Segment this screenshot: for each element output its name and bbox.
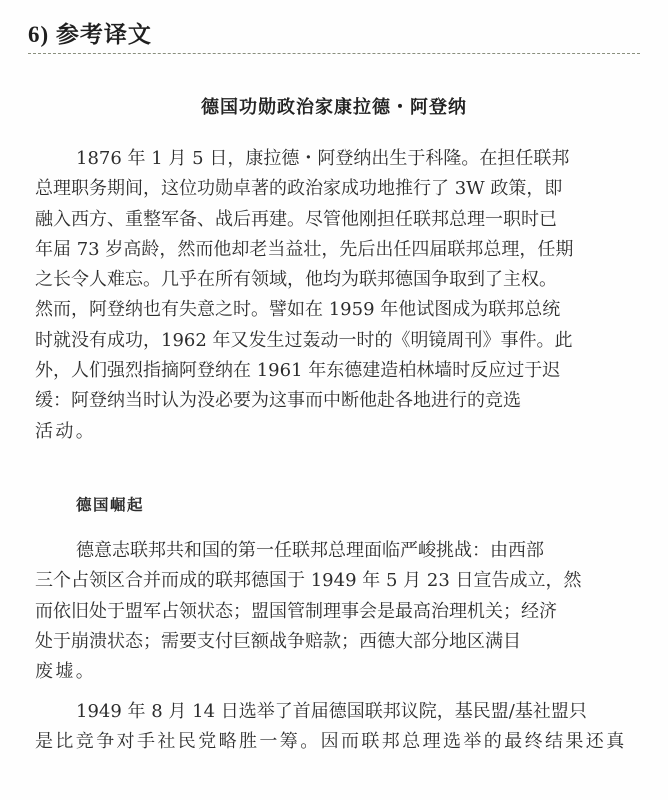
text-line: 1876 年 1 月 5 日，康拉德・阿登纳出生于科隆。在担任联邦: [35, 144, 641, 174]
section-title: 6) 参考译文: [28, 18, 152, 52]
text-line: 之长令人难忘。几乎在所有领域，他均为联邦德国争取到了主权。: [35, 265, 641, 295]
paragraph-2: 德意志联邦共和国的第一任联邦总理面临严峻挑战：由西部 三个占领区合并而成的联邦德…: [35, 536, 641, 687]
text-line: 而依旧处于盟军占领状态；盟国管制理事会是最高治理机关；经济: [35, 597, 641, 627]
text-line: 总理职务期间，这位功勋卓著的政治家成功地推行了 3W 政策，即: [35, 174, 641, 204]
text-line: 年届 73 岁高龄，然而他却老当益壮，先后出任四届联邦总理，任期: [35, 235, 641, 265]
text-line: 时就没有成功，1962 年又发生过轰动一时的《明镜周刊》事件。此: [35, 326, 641, 356]
document-page: 6) 参考译文 德国功勋政治家康拉德・阿登纳 1876 年 1 月 5 日，康拉…: [0, 0, 668, 800]
text-line: 废墟。: [35, 657, 641, 687]
text-line: 处于崩溃状态；需要支付巨额战争赔款；西德大部分地区满目: [35, 627, 641, 657]
text-line: 1949 年 8 月 14 日选举了首届德国联邦议院，基民盟/基社盟只: [35, 697, 641, 727]
text-line: 外，人们强烈指摘阿登纳在 1961 年东德建造柏林墙时反应过于迟: [35, 356, 641, 386]
text-line: 活动。: [35, 417, 641, 447]
paragraph-1: 1876 年 1 月 5 日，康拉德・阿登纳出生于科隆。在担任联邦 总理职务期间…: [35, 144, 641, 447]
subheading: 德国崛起: [76, 493, 144, 517]
text-line: 然而，阿登纳也有失意之时。譬如在 1959 年他试图成为联邦总统: [35, 295, 641, 325]
text-line: 融入西方、重整军备、战后再建。尽管他刚担任联邦总理一职时已: [35, 205, 641, 235]
header-divider: [28, 53, 640, 54]
text-line: 缓：阿登纳当时认为没必要为这事而中断他赴各地进行的竞选: [35, 386, 641, 416]
text-line: 三个占领区合并而成的联邦德国于 1949 年 5 月 23 日宣告成立，然: [35, 566, 641, 596]
article-title: 德国功勋政治家康拉德・阿登纳: [0, 94, 668, 122]
text-line: 德意志联邦共和国的第一任联邦总理面临严峻挑战：由西部: [35, 536, 641, 566]
text-line: 是比竞争对手社民党略胜一筹。因而联邦总理选举的最终结果还真: [35, 727, 641, 757]
paragraph-3: 1949 年 8 月 14 日选举了首届德国联邦议院，基民盟/基社盟只 是比竞争…: [35, 697, 641, 758]
